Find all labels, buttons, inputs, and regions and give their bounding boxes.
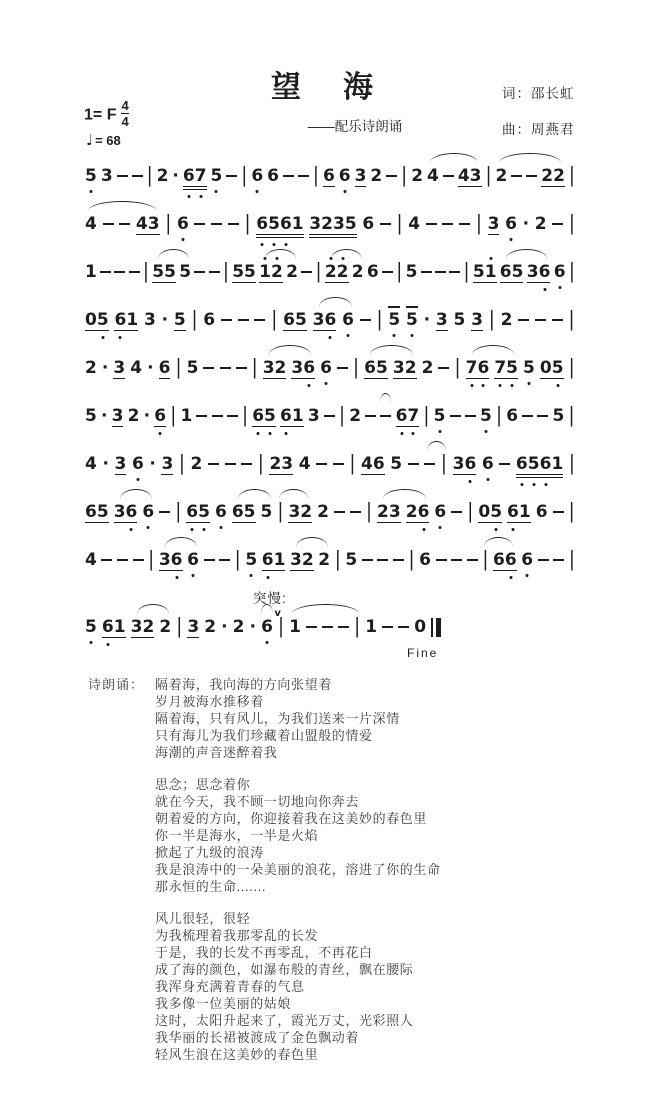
note: 65 [232,502,256,523]
note: 6 [177,214,189,234]
note: · [144,406,150,426]
octave-dot-below [412,432,415,435]
note: 2 [318,550,330,570]
slur-arc [506,249,547,259]
barline: | [258,453,264,475]
dash-note [101,559,112,561]
barline: | [313,165,319,187]
note: 6 [536,502,548,522]
note: 4 [427,166,439,186]
dash-note [159,511,170,513]
note: · [102,454,108,474]
barline: | [241,165,247,187]
dash-note [380,223,391,225]
octave-dot-below [511,528,514,531]
dash-note [220,367,231,369]
octave-dot-below [159,432,162,435]
note: 36 [159,550,183,571]
note: · [424,310,430,330]
barline: | [569,213,575,235]
barline: | [409,549,415,571]
note: 2 [349,406,361,426]
octave-dot-below [527,382,530,385]
note: 2 [496,166,508,186]
note: 2 [422,358,434,378]
note: 6 [251,166,263,186]
note: 5 [85,406,97,426]
note: · [172,166,178,186]
barline: | [489,309,495,331]
lyric-line: 海潮的声音迷醉着我 [155,744,441,761]
barline: | [175,501,181,523]
note: 67 [396,406,420,427]
lyric-stanza: 思念；思念着你就在今天，我不顾一切地向你奔去朝着爱的方向，你迎接着我在这美妙的春… [155,776,441,895]
note: 3 [113,358,125,379]
octave-dot-below [526,574,529,577]
dash-note [450,415,461,417]
note: 2 [191,454,203,474]
note: 2 [286,262,298,282]
dash-note [526,175,537,177]
note: 32 [290,550,314,571]
dash-note [103,223,114,225]
dash-note [552,223,563,225]
dash-note [465,415,476,417]
octave-dot-below [484,430,487,433]
slur-arc [499,153,561,163]
octave-dot-below [175,576,178,579]
octave-dot-below [543,288,546,291]
recitation-section: 诗朗诵： 隔着海，我向海的方向张望着岁月被海水推移着隔着海，只有风儿，为我们送来… [88,676,441,1078]
note: 32 [263,358,287,379]
final-barline [431,618,441,637]
note: 6 [505,214,517,234]
lyric-line: 隔着海，我向海的方向张望着 [155,676,441,693]
dash-note [129,271,140,273]
note: 4 [299,454,311,474]
dash-note [225,463,236,465]
dash-note [511,175,522,177]
octave-dot-below [266,576,269,579]
lyric-line: 轻风生浪在这美妙的春色里 [155,1046,441,1063]
lyric-line: 你一半是海水，一半是火焰 [155,827,441,844]
note: 3 [115,454,127,475]
dash-note [228,223,239,225]
barline: | [339,405,345,427]
note: 3 [187,617,199,638]
note: 6 [142,502,154,522]
octave-dot-below [256,190,259,193]
dash-note [436,559,447,561]
note: · [102,358,108,378]
dash-note [435,271,446,273]
note: 5 [480,406,492,426]
dash-note [114,271,125,273]
lyric-line: 为我梳理着我那零乱的长发 [155,927,441,944]
barline: | [485,165,491,187]
slur-arc [265,249,296,259]
dash-note [459,223,470,225]
tempo-marking: ♩= 68 [86,131,121,149]
octave-dot-below [215,190,218,193]
octave-dot-below [89,641,92,644]
slur-arc [292,604,359,614]
overline [388,306,400,308]
lyric-line: 思念；思念着你 [155,776,441,793]
note: 2 [233,617,245,637]
note: 05 [85,310,109,331]
score: 突慢: Fine 53|2·675|66|6632|2443|222|443|6… [85,150,575,649]
note: 0 [414,617,426,637]
note: 6 [367,262,379,282]
note: 5 [174,310,186,331]
note: 1 [289,617,301,637]
slur-arc [238,489,271,499]
music-line: 05613·5|6|65366|55·353|2| [85,294,575,342]
octave-dot-below [106,643,109,646]
note: 4 [85,550,97,570]
note: 46 [361,454,385,475]
dash-note [553,559,564,561]
lyric-stanza: 风儿很轻，很轻为我梳理着我那零乱的长发于是，我的长发不再零乱，不再花白成了海的颜… [155,910,441,1063]
dash-note [241,463,252,465]
dash-note [442,223,453,225]
note: 5 [187,358,199,378]
octave-dot-below [329,336,332,339]
barline: | [315,261,321,283]
note: 5 [523,358,535,378]
note: 3 [112,406,124,427]
barline: | [569,357,575,379]
barline: | [569,549,575,571]
dash-note [552,319,563,321]
note: · [147,358,153,378]
note: 43 [136,214,160,235]
dash-note [322,626,333,628]
note: 36 [527,262,551,283]
dash-note [194,271,205,273]
dash-note [518,319,529,321]
slur-arc [165,537,197,547]
note: 3 [471,310,483,331]
note: 3 [101,166,113,186]
note: 6 [482,454,494,474]
sheet-page: 望 海 词：邵长虹 曲：周燕君 ——配乐诗朗诵 1= F44 ♩= 68 突慢:… [0,0,650,1110]
note: 6 [320,358,332,378]
barline: | [354,616,360,638]
octave-dot-below [89,190,92,193]
tempo-value: = 68 [95,133,121,148]
dash-note [283,175,294,177]
meter-denominator: 4 [121,113,128,129]
octave-dot-below [422,528,425,531]
barline: | [223,261,229,283]
dash-note [380,415,391,417]
note: 3 [355,166,367,187]
slur-arc [380,393,391,403]
octave-dot-below [343,190,346,193]
dash-note [386,175,397,177]
dash-note [499,463,510,465]
note: 6 [203,310,215,330]
lyricist-credit: 词：邵长虹 [502,82,575,102]
dash-note [316,463,327,465]
slur-arc [484,537,514,547]
barline: | [423,405,429,427]
dash-note [408,463,419,465]
barline: | [353,357,359,379]
lyric-line: 朝着爱的方向，你迎接着我在这美妙的春色里 [155,810,441,827]
note: 66 [493,550,517,571]
octave-dot-below [439,526,442,529]
note: 3 [436,310,448,331]
note: 3 [488,214,500,235]
note: 55 [152,262,176,283]
note: 4 [130,358,142,378]
dash-note [424,463,435,465]
note: 3 [144,310,156,330]
note: 05 [540,358,564,379]
dash-note [196,415,207,417]
note: 6 [267,166,279,186]
meter-numerator: 4 [121,99,128,113]
note: 5 [85,166,97,186]
octave-dot-below [325,382,328,385]
note: 32 [393,358,417,379]
dash-note [535,319,546,321]
music-line: 5·32·6|1|65613|267|55|65| [85,390,575,438]
barline: | [191,309,197,331]
barline: | [569,309,575,331]
note: 6561 [516,454,563,478]
note: 1 [85,262,97,282]
barline: | [165,213,171,235]
slur-arc [279,489,309,499]
note: · [221,617,227,637]
dash-note [334,511,345,513]
note: 6 [154,406,166,427]
barline: | [176,616,182,638]
barline: | [464,261,470,283]
note: 5 [390,454,402,474]
octave-dot-below [410,334,413,337]
note: 2 [204,617,216,637]
lyric-line: 我华丽的长裙被渡成了金色飘动着 [155,1029,441,1046]
dash-note [365,415,376,417]
octave-dot-below [181,238,184,241]
note: 2 [501,310,513,330]
note: 36 [453,454,477,475]
octave-dot-below [556,384,559,387]
octave-dot-below [346,334,349,337]
note: 23 [269,454,293,475]
octave-dot-below [400,432,403,435]
octave-dot-below [558,286,561,289]
slur-arc [427,441,446,451]
octave-dot-below [147,526,150,529]
octave-dot-below [469,480,472,483]
octave-dot-below [470,384,473,387]
dash-note [337,367,348,369]
dash-note [208,463,219,465]
dash-note [221,319,232,321]
note: 6v [261,617,273,637]
dash-note [467,559,478,561]
dash-note [226,175,237,177]
barline: | [454,357,460,379]
lyric-line: 成了海的颜色，如瀑布般的青丝，飘在腰际 [155,961,441,978]
dash-note [132,175,143,177]
dash-note [324,415,335,417]
note: 12 [259,262,283,283]
dash-note [443,175,454,177]
dash-note [219,559,230,561]
note: 36 [291,358,315,379]
note: 61 [262,550,286,571]
dash-note [360,319,371,321]
note: 2 [85,358,97,378]
octave-dot-below [499,384,502,387]
note: 1 [365,617,377,637]
slur-arc [158,249,189,259]
barline: | [245,213,251,235]
barline: | [569,405,575,427]
lyric-line: 隔着海，只有风儿，为我们送来一片深情 [155,710,441,727]
note: 05 [478,502,502,523]
octave-dot-below [486,478,489,481]
dash-note [117,175,128,177]
note: 6 [323,166,335,187]
note: 5 [245,550,257,570]
note: 5 [85,617,97,637]
dash-note [393,559,404,561]
dash-note [398,626,409,628]
barline: | [496,405,502,427]
dash-note [203,367,214,369]
note: 2 [157,166,169,186]
barline: | [271,309,277,331]
barline: | [277,501,283,523]
dash-note [301,271,312,273]
note: 36 [114,502,138,523]
dash-note [382,271,393,273]
lyric-line: 掀起了九级的浪涛 [155,844,441,861]
octave-dot-below [130,528,133,531]
dash-note [133,559,144,561]
recitation-label: 诗朗诵： [88,676,155,693]
dash-note [522,415,533,417]
slur-arc [383,489,426,499]
octave-dot-below [250,574,253,577]
dash-note [227,415,238,417]
dash-note [538,559,549,561]
slur-arc [261,604,273,614]
note: · [162,310,168,330]
note: 65 [85,502,109,523]
music-line: 561322|32·2·6v|1|10 [85,601,441,649]
dash-note [382,626,393,628]
lyric-line: 我是浪涛中的一朵美丽的浪花，溶进了你的生命 [155,861,441,878]
barline: | [278,616,284,638]
note: 6 [339,166,351,186]
barline: | [476,213,482,235]
note: 6 [342,310,354,330]
music-line: 443|6|656132356|4|36·2| [85,198,575,246]
barline: | [441,453,447,475]
dash-note [306,626,317,628]
note: 5 [261,502,273,522]
octave-dot-below [438,430,441,433]
dash-note [377,559,388,561]
dash-note [209,271,220,273]
note: 5 [406,310,418,330]
note: 2 [535,214,547,234]
dash-note [212,415,223,417]
octave-dot-below [510,238,513,241]
dash-note [254,319,265,321]
octave-dot-below [203,528,206,531]
note: 2 [317,502,329,522]
octave-dot-above [489,257,492,260]
barline: | [569,453,575,475]
slur-arc [88,201,156,211]
lyric-line: 只有海儿为我们珍藏着山盟般的情爱 [155,727,441,744]
dash-note [298,175,309,177]
dash-note [426,223,437,225]
dash-note [119,223,130,225]
note: 4 [85,454,97,474]
barline: | [397,213,403,235]
barline: | [179,453,185,475]
note: 55 [232,262,256,283]
note: 76 [466,358,490,379]
lyric-line: 我多像一位美丽的姑娘 [155,995,441,1012]
slur-arc [472,345,514,355]
slur-arc [430,153,478,163]
dash-note [451,511,462,513]
octave-dot-below [509,576,512,579]
note: 23 [377,502,401,523]
note: · [101,406,107,426]
barline: | [349,453,355,475]
barline: | [235,549,241,571]
note: 6 [215,502,227,522]
slur-arc [319,297,352,307]
slur-arc [269,345,311,355]
dash-note [553,511,564,513]
note: 5 [388,310,400,330]
octave-dot-below [268,432,271,435]
barline: | [170,405,176,427]
dash-note [211,223,222,225]
note: 1 [180,406,192,426]
note: 2 [411,166,423,186]
barline: | [401,165,407,187]
octave-dot-below [308,384,311,387]
barline: | [376,309,382,331]
music-line: 4·36·3|2|234|465|3666561| [85,438,575,486]
dash-note [238,319,249,321]
octave-dot-below [511,384,514,387]
dash-note [236,367,247,369]
barline: | [252,357,258,379]
note: 43 [458,166,482,187]
quarter-note-icon: ♩ [86,131,93,149]
slur-arc [331,249,362,259]
barline: | [396,261,402,283]
note: 22 [541,166,565,187]
note: 2 [159,617,171,637]
